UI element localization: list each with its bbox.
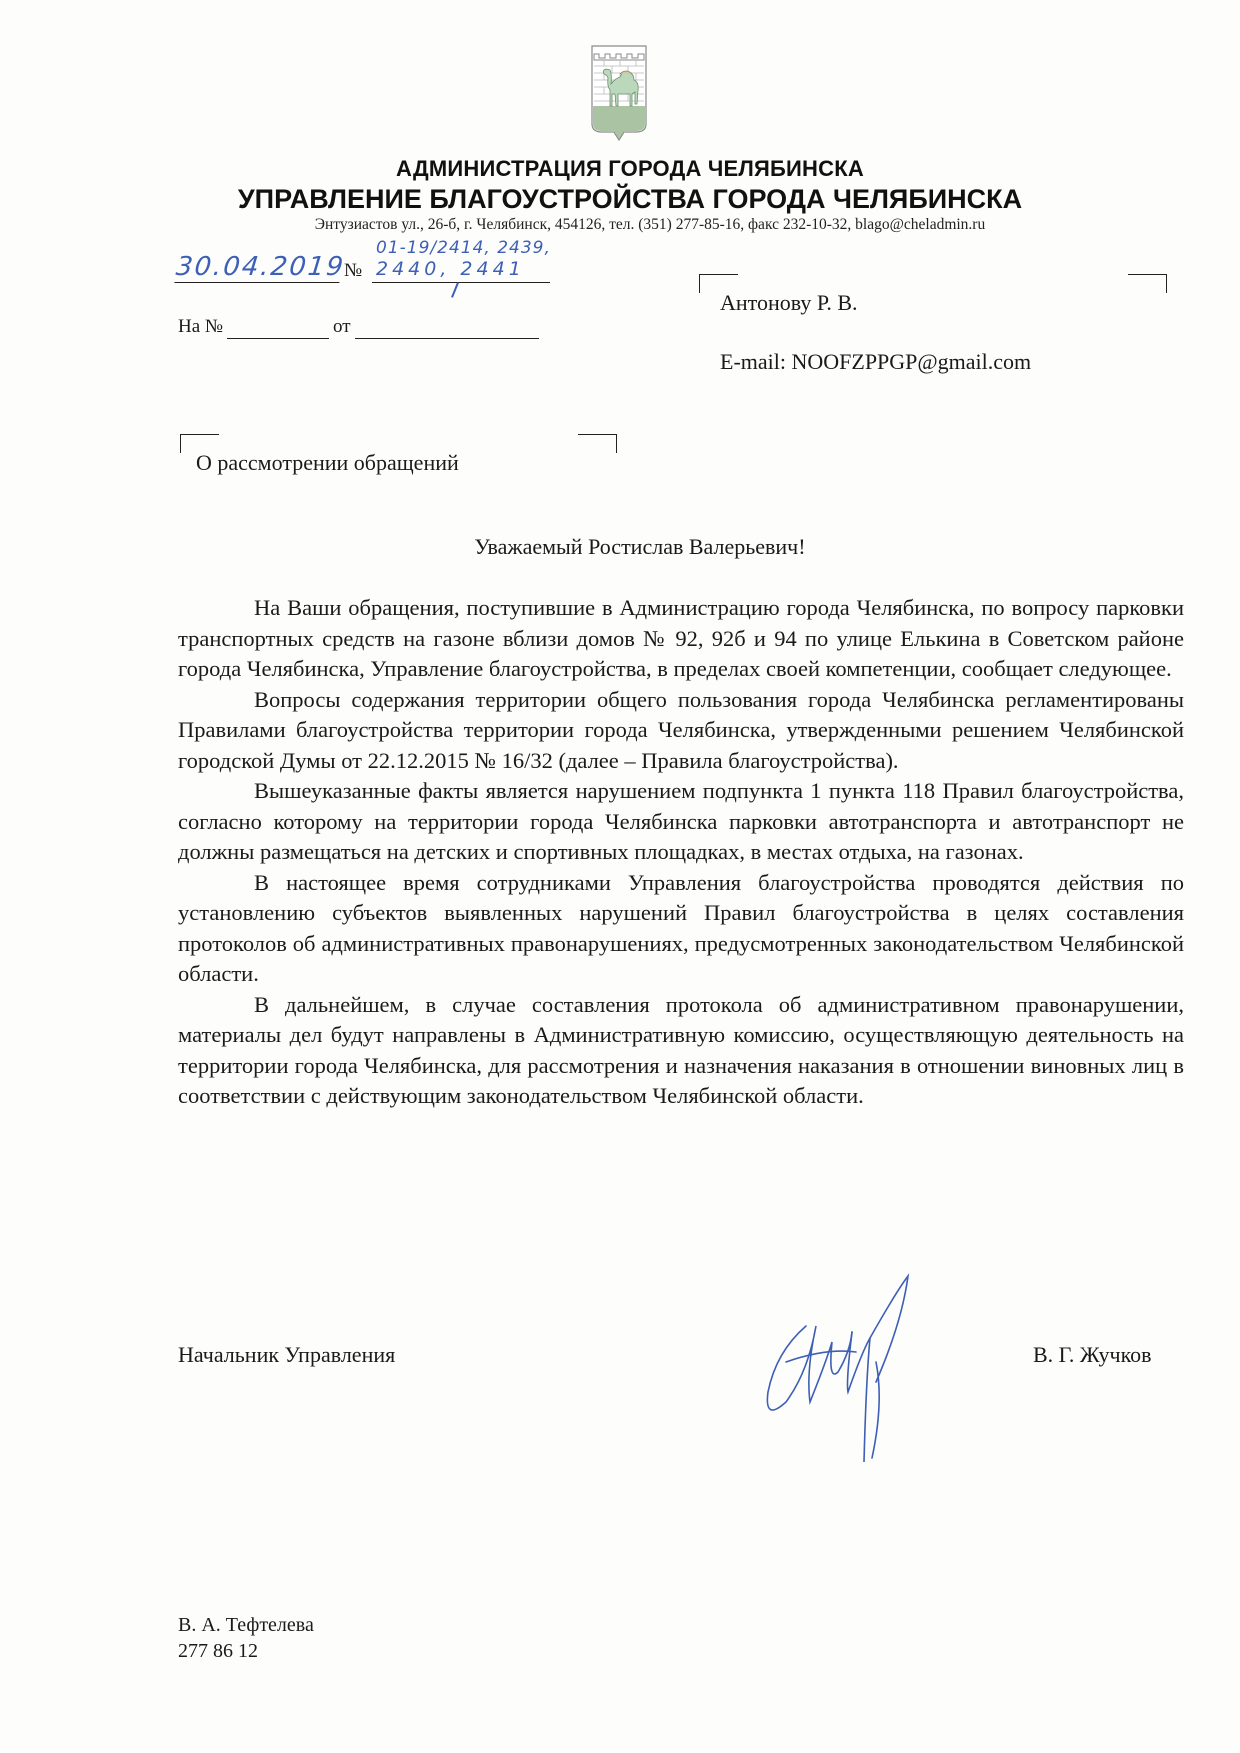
body-paragraph: Вопросы содержания территории общего пол… [178,685,1184,777]
addressee-bracket-right-icon [1128,274,1167,293]
registration-number-label: № [344,260,362,282]
handwritten-signature-icon [746,1262,976,1462]
body-paragraph: На Ваши обращения, поступившие в Админис… [178,593,1184,685]
department-name: УПРАВЛЕНИЕ БЛАГОУСТРОЙСТВА ГОРОДА ЧЕЛЯБИ… [0,184,1240,215]
department-contacts: Энтузиастов ул., 26-б, г. Челябинск, 454… [0,216,1240,234]
coat-of-arms-icon [590,44,648,144]
subject-bracket-right-icon [578,434,617,453]
registration-date: 30.04.2019 [174,252,342,283]
signer-name: В. Г. Жучков [1033,1342,1152,1368]
registration-number: 01-19/2414, 2439, 2440, 2441 [372,252,550,283]
executor-phone: 277 86 12 [178,1640,258,1663]
reply-to-label: На № [178,316,223,337]
letter-body: На Ваши обращения, поступившие в Админис… [178,593,1184,1112]
reply-reference-line: На № от [178,316,539,339]
addressee-email: E-mail: NOOFZPPGP@gmail.com [720,349,1031,375]
administration-name: АДМИНИСТРАЦИЯ ГОРОДА ЧЕЛЯБИНСКА [0,156,1240,182]
handwritten-comma-mark [451,282,459,298]
addressee-name: Антонову Р. В. [720,290,858,316]
reply-from-date-blank [355,316,539,339]
signer-title: Начальник Управления [178,1342,395,1368]
reply-to-number-blank [227,316,329,339]
body-paragraph: В настоящее время сотрудниками Управлени… [178,868,1184,990]
salutation: Уважаемый Ростислав Валерьевич! [0,534,1240,560]
reply-from-label: от [333,316,351,337]
body-paragraph: В дальнейшем, в случае составления прото… [178,990,1184,1112]
registration-number-line-1: 01-19/2414, 2439, [376,238,551,258]
registration-number-line-2: 2440, 2441 [376,258,525,280]
executor-name: В. А. Тефтелева [178,1614,314,1637]
letter-page: АДМИНИСТРАЦИЯ ГОРОДА ЧЕЛЯБИНСКА УПРАВЛЕН… [0,0,1240,1753]
body-paragraph: Вышеуказанные факты является нарушением … [178,776,1184,868]
letter-subject: О рассмотрении обращений [196,450,459,476]
